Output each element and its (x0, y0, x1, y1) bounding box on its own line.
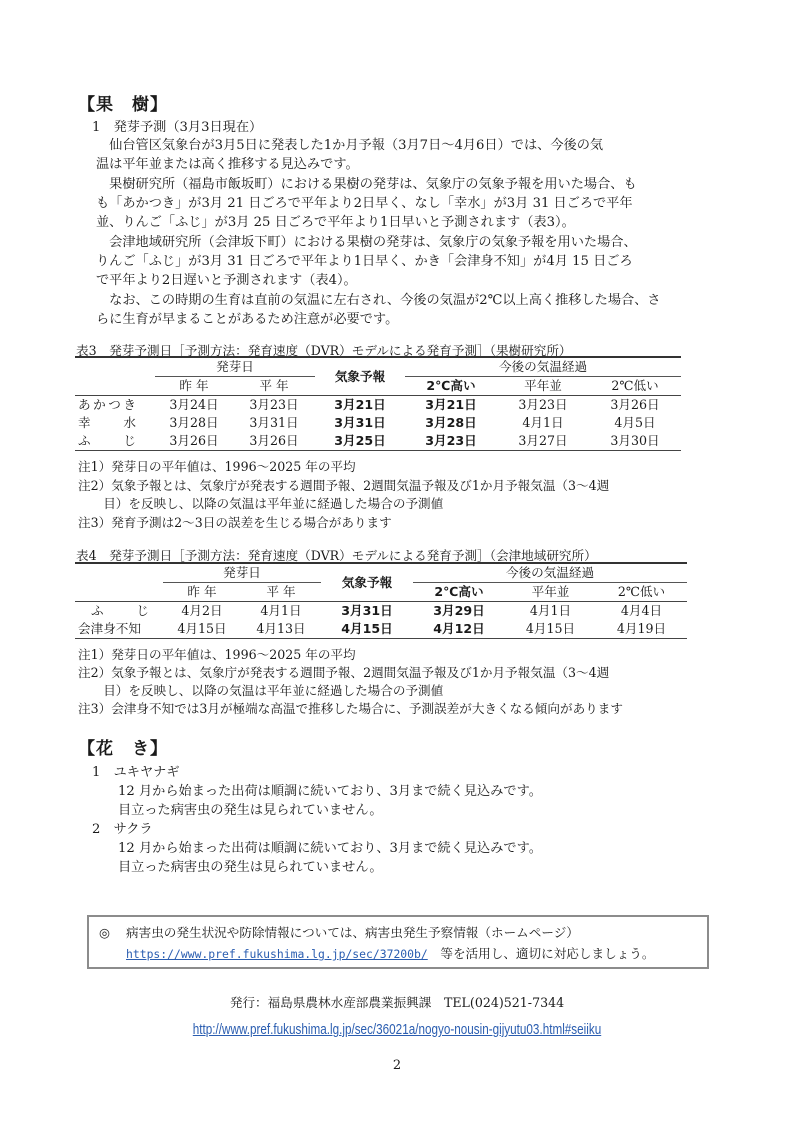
cell-forecast: 3月25日 (315, 432, 405, 451)
table3-corner-lower (75, 377, 155, 396)
cell-last-year: 3月26日 (155, 432, 233, 451)
cell-plus2: 3月23日 (405, 432, 497, 451)
cell-plus2: 4月12日 (413, 620, 505, 639)
row-label: ふじ (78, 432, 136, 450)
flower-item-line: 12 月から始まった出荷は順調に続いており、3月まで続く見込みです。 (118, 840, 542, 858)
row-label: 会津身不知 (78, 621, 141, 636)
paragraph-line: 並、りんご「ふじ」が3月 25 日ごろで平年より1日早いと予測されます（表3）。 (96, 214, 575, 232)
table3-corner (75, 357, 155, 377)
table3-header-minus2: 2℃低い (589, 377, 681, 396)
cell-avg: 4月1日 (505, 602, 596, 621)
table4-header-minus2: 2℃低い (596, 583, 687, 602)
table4-header-normal: 平 年 (241, 583, 321, 602)
paragraph-line: りんご「ふじ」が3月 31 日ごろで平年より1日早く、かき「会津身不知」が4月 … (96, 253, 633, 271)
table3-header-avg: 平年並 (497, 377, 589, 396)
table4-header-budbreak: 発芽日 (163, 563, 321, 583)
cell-forecast: 3月21日 (315, 396, 405, 415)
flower-item-line: 目立った病害虫の発生は見られていません。 (118, 802, 383, 820)
note: 注1）発芽日の平年値は、1996～2025 年の平均 (78, 458, 356, 475)
paragraph-line: らに生育が早まることがあるため注意が必要です。 (96, 311, 398, 329)
cell-forecast: 4月15日 (321, 620, 413, 639)
cell-plus2: 3月29日 (413, 602, 505, 621)
row-label: あかつき (78, 396, 136, 414)
cell-normal: 4月13日 (241, 620, 321, 639)
cell-forecast: 3月31日 (315, 414, 405, 432)
table3-header-future-temp: 今後の気温経過 (405, 357, 681, 377)
cell-minus2: 4月5日 (589, 414, 681, 432)
note: 注3）発育予測は2～3日の誤差を生じる場合があります (78, 514, 392, 531)
table3-header-plus2: 2℃高い (405, 377, 497, 396)
cell-last-year: 3月28日 (155, 414, 233, 432)
table3-header-budbreak: 発芽日 (155, 357, 315, 377)
cell-last-year: 4月2日 (163, 602, 241, 621)
table4-header-plus2: 2℃高い (413, 583, 505, 602)
cell-avg: 3月27日 (497, 432, 589, 451)
note: 注1）発芽日の平年値は、1996～2025 年の平均 (78, 646, 356, 663)
note: 注2）気象予報とは、気象庁が発表する週間予報、2週間気温予報及び1か月予報気温（… (78, 664, 609, 681)
note: 注2）気象予報とは、気象庁が発表する週間予報、2週間気温予報及び1か月予報気温（… (78, 477, 609, 494)
table-row: 幸水 3月28日 3月31日 3月31日 3月28日 4月1日 4月5日 (75, 414, 681, 432)
double-circle-bullet-icon: ◎ (99, 925, 110, 940)
cell-plus2: 3月21日 (405, 396, 497, 415)
paragraph-line: 会津地域研究所（会津坂下町）における果樹の発芽は、気象庁の気象予報を用いた場合、 (96, 234, 637, 252)
cell-minus2: 3月26日 (589, 396, 681, 415)
page-number: 2 (0, 1058, 794, 1073)
table3-header-normal: 平 年 (233, 377, 315, 396)
cell-minus2: 4月19日 (596, 620, 687, 639)
section-heading-flowers: 【花 き】 (78, 734, 168, 759)
note: 目）を反映し、以降の気温は平年並に経過した場合の予測値 (78, 682, 443, 699)
paragraph-line: も「あかつき」が3月 21 日ごろで平年より2日早く、なし「幸水」が3月 31 … (96, 195, 633, 213)
cell-last-year: 4月15日 (163, 620, 241, 639)
row-label: 幸水 (78, 414, 136, 432)
issuer-info: 発行：福島県農林水産部農業振興課 TEL(024)521-7344 (0, 992, 794, 1011)
cell-last-year: 3月24日 (155, 396, 233, 415)
table3: 発芽日 気象予報 今後の気温経過 昨 年 平 年 2℃高い 平年並 2℃低い あ… (75, 356, 681, 451)
table-row: 会津身不知 4月15日 4月13日 4月15日 4月12日 4月15日 4月19… (75, 620, 687, 639)
paragraph-line: 仙台管区気象台が3月5日に発表した1か月予報（3月7日～4月6日）では、今後の気 (96, 137, 603, 155)
row-label: ふじ (91, 602, 149, 620)
subsection-title-budbreak: 1 発芽予測（3月3日現在） (92, 119, 262, 137)
paragraph-line: 温は平年並または高く推移する見込みです。 (96, 156, 359, 174)
cell-minus2: 4月4日 (596, 602, 687, 621)
pest-info-box: ◎ 病害虫の発生状況や防除情報については、病害虫発生予察情報（ホームページ） h… (87, 915, 709, 969)
cell-avg: 4月15日 (505, 620, 596, 639)
table4-header-avg: 平年並 (505, 583, 596, 602)
cell-normal: 4月1日 (241, 602, 321, 621)
flower-item-line: 目立った病害虫の発生は見られていません。 (118, 859, 383, 877)
cell-normal: 3月23日 (233, 396, 315, 415)
paragraph-line: なお、この時期の生育は直前の気温に左右され、今後の気温が2℃以上高く推移した場合… (96, 292, 661, 310)
pest-info-line2: https://www.pref.fukushima.lg.jp/sec/372… (126, 943, 654, 962)
note: 注3）会津身不知では3月が極端な高温で推移した場合に、予測誤差が大きくなる傾向が… (78, 700, 623, 717)
cell-normal: 3月31日 (233, 414, 315, 432)
table4-header-forecast: 気象予報 (321, 563, 413, 602)
cell-avg: 3月23日 (497, 396, 589, 415)
flower-item-title: 2 サクラ (92, 821, 153, 839)
cell-minus2: 3月30日 (589, 432, 681, 451)
cell-avg: 4月1日 (497, 414, 589, 432)
pest-info-text: 病害虫の発生状況や防除情報については、病害虫発生予察情報（ホームページ） (126, 925, 579, 940)
table3-header-forecast: 気象予報 (315, 357, 405, 396)
table4: 発芽日 気象予報 今後の気温経過 昨 年 平 年 2℃高い 平年並 2℃低い ふ… (75, 562, 687, 639)
cell-plus2: 3月28日 (405, 414, 497, 432)
pest-info-line1: ◎ 病害虫の発生状況や防除情報については、病害虫発生予察情報（ホームページ） (99, 922, 579, 941)
pest-info-suffix: 等を活用し、適切に対応しましょう。 (428, 946, 655, 961)
cell-normal: 3月26日 (233, 432, 315, 451)
section-heading-fruit: 【果 樹】 (78, 90, 168, 115)
paragraph-line: 果樹研究所（福島市飯坂町）における果樹の発芽は、気象庁の気象予報を用いた場合、も (96, 176, 637, 194)
table-row: ふじ 4月2日 4月1日 3月31日 3月29日 4月1日 4月4日 (75, 602, 687, 621)
paragraph-line: で平年より2日遅いと予測されます（表4）。 (96, 272, 357, 290)
table4-corner-lower (75, 583, 163, 602)
table3-header-last-year: 昨 年 (155, 377, 233, 396)
cell-forecast: 3月31日 (321, 602, 413, 621)
table4-header-future-temp: 今後の気温経過 (413, 563, 687, 583)
flower-item-title: 1 ユキヤナギ (92, 764, 180, 782)
table4-header-last-year: 昨 年 (163, 583, 241, 602)
department-page-link[interactable]: http://www.pref.fukushima.lg.jp/sec/3602… (193, 1021, 601, 1038)
note: 目）を反映し、以降の気温は平年並に経過した場合の予測値 (78, 495, 443, 512)
table-row: あかつき 3月24日 3月23日 3月21日 3月21日 3月23日 3月26日 (75, 396, 681, 415)
flower-item-line: 12 月から始まった出荷は順調に続いており、3月まで続く見込みです。 (118, 783, 542, 801)
table-row: ふじ 3月26日 3月26日 3月25日 3月23日 3月27日 3月30日 (75, 432, 681, 451)
pest-forecast-link[interactable]: https://www.pref.fukushima.lg.jp/sec/372… (126, 947, 428, 961)
footer-url-wrap: http://www.pref.fukushima.lg.jp/sec/3602… (87, 1021, 706, 1038)
table4-corner (75, 563, 163, 583)
